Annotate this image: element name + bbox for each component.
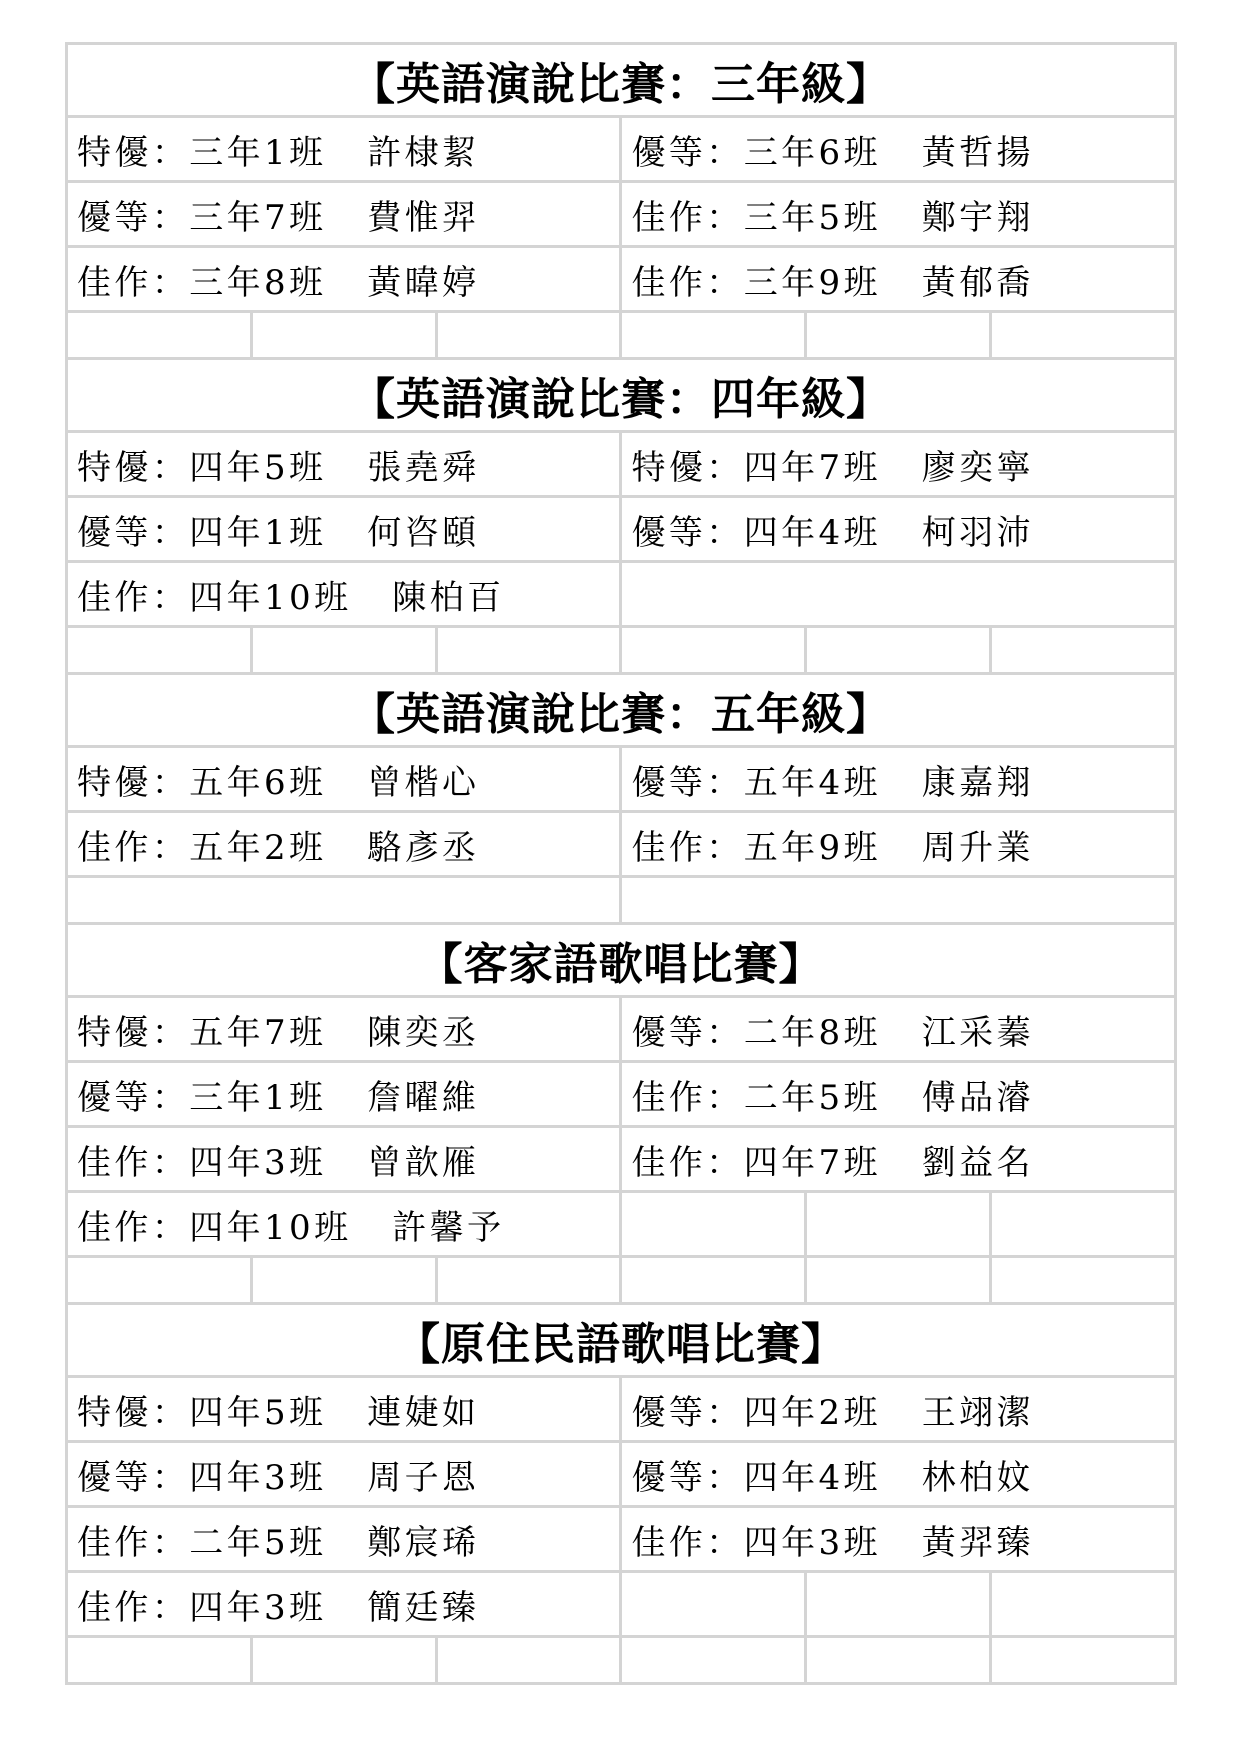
separator-cell: [807, 628, 989, 672]
separator-cell: [438, 1258, 620, 1302]
award-label: 優等: [77, 1450, 152, 1499]
award-label: 佳作: [77, 1135, 152, 1184]
colon: ：: [706, 1005, 743, 1054]
colon: ：: [152, 125, 189, 174]
class-label: 四年5班: [189, 440, 326, 489]
award-label: 佳作: [631, 190, 706, 239]
separator-cell: [622, 313, 804, 357]
class-label: 四年5班: [189, 1385, 326, 1434]
colon: ：: [706, 190, 743, 239]
result-cell: 佳作：三年5班鄭宇翔: [622, 183, 1174, 245]
result-cell: 佳作：三年9班黃郁喬: [622, 248, 1174, 310]
award-label: 佳作: [631, 1515, 706, 1564]
award-label: 特優: [77, 1005, 152, 1054]
result-cell: 特優：五年6班曾楷心: [68, 748, 619, 810]
student-name: 康嘉翔: [922, 755, 1034, 804]
colon: ：: [152, 1450, 189, 1499]
award-label: 佳作: [631, 820, 706, 869]
colon: ：: [706, 440, 743, 489]
student-name: 周升業: [922, 820, 1034, 869]
result-cell: 特優：四年5班張堯舜: [68, 433, 619, 495]
separator-cell: [438, 1638, 620, 1682]
separator-cell: [807, 1258, 989, 1302]
class-label: 五年6班: [189, 755, 326, 804]
separator-cell: [68, 1258, 250, 1302]
colon: ：: [152, 255, 189, 304]
colon: ：: [152, 1515, 189, 1564]
separator-cell: [68, 878, 619, 922]
award-label: 佳作: [631, 1135, 706, 1184]
empty-cell: [807, 1573, 989, 1635]
result-cell: 特優：四年7班廖奕寧: [622, 433, 1174, 495]
result-cell: 佳作：二年5班傅品濬: [622, 1063, 1174, 1125]
separator-cell: [438, 628, 620, 672]
colon: ：: [152, 1005, 189, 1054]
colon: ：: [706, 255, 743, 304]
separator-cell: [253, 1258, 435, 1302]
award-label: 佳作: [77, 570, 152, 619]
separator-cell: [992, 1258, 1174, 1302]
award-label: 佳作: [631, 255, 706, 304]
award-label: 優等: [631, 505, 706, 554]
award-label: 優等: [77, 190, 152, 239]
result-cell: 佳作：三年8班黃暐婷: [68, 248, 619, 310]
separator-cell: [68, 313, 250, 357]
class-label: 四年1班: [189, 505, 326, 554]
separator-cell: [992, 1638, 1174, 1682]
class-label: 三年5班: [744, 190, 881, 239]
award-label: 佳作: [77, 1515, 152, 1564]
colon: ：: [152, 1385, 189, 1434]
student-name: 何咨頤: [367, 505, 479, 554]
result-cell: 佳作：四年3班曾歆雁: [68, 1128, 619, 1190]
awards-table: 【英語演說比賽：三年級】特優：三年1班許棣絜優等：三年6班黃哲揚優等：三年7班費…: [65, 42, 1177, 1685]
student-name: 黃郁喬: [922, 255, 1034, 304]
separator-cell: [253, 628, 435, 672]
class-label: 三年1班: [189, 1070, 326, 1119]
colon: ：: [706, 1070, 743, 1119]
student-name: 黃羿臻: [922, 1515, 1034, 1564]
separator-cell: [992, 313, 1174, 357]
colon: ：: [152, 570, 189, 619]
student-name: 劉益名: [922, 1135, 1034, 1184]
class-label: 四年4班: [744, 1450, 881, 1499]
student-name: 詹曜維: [367, 1070, 479, 1119]
result-cell: 佳作：四年10班許馨予: [68, 1193, 619, 1255]
award-label: 優等: [77, 505, 152, 554]
class-label: 三年6班: [744, 125, 881, 174]
result-cell: 優等：四年2班王翊潔: [622, 1378, 1174, 1440]
result-cell: 優等：三年6班黃哲揚: [622, 118, 1174, 180]
award-label: 優等: [631, 755, 706, 804]
separator-cell: [992, 628, 1174, 672]
class-label: 三年7班: [189, 190, 326, 239]
student-name: 陳柏百: [392, 570, 504, 619]
class-label: 四年4班: [744, 505, 881, 554]
result-cell: 佳作：五年9班周升業: [622, 813, 1174, 875]
colon: ：: [152, 190, 189, 239]
student-name: 陳奕丞: [367, 1005, 479, 1054]
separator-cell: [622, 628, 804, 672]
student-name: 許棣絜: [367, 125, 479, 174]
student-name: 曾楷心: [367, 755, 479, 804]
award-label: 優等: [631, 1450, 706, 1499]
result-cell: 佳作：四年7班劉益名: [622, 1128, 1174, 1190]
student-name: 廖奕寧: [922, 440, 1034, 489]
separator-cell: [68, 628, 250, 672]
empty-cell: [992, 1193, 1174, 1255]
student-name: 黃暐婷: [367, 255, 479, 304]
class-label: 四年3班: [189, 1450, 326, 1499]
result-cell: 佳作：四年3班黃羿臻: [622, 1508, 1174, 1570]
colon: ：: [152, 1200, 189, 1249]
colon: ：: [152, 1580, 189, 1629]
award-label: 優等: [631, 1385, 706, 1434]
class-label: 二年5班: [744, 1070, 881, 1119]
result-cell: 優等：四年3班周子恩: [68, 1443, 619, 1505]
award-label: 佳作: [631, 1070, 706, 1119]
result-cell: 佳作：二年5班鄭宸琋: [68, 1508, 619, 1570]
result-cell: 特優：四年5班連婕如: [68, 1378, 619, 1440]
student-name: 柯羽沛: [922, 505, 1034, 554]
class-label: 三年8班: [189, 255, 326, 304]
class-label: 五年4班: [744, 755, 881, 804]
colon: ：: [152, 1135, 189, 1184]
empty-cell: [992, 1573, 1174, 1635]
result-cell: 特優：五年7班陳奕丞: [68, 998, 619, 1060]
colon: ：: [706, 1135, 743, 1184]
award-label: 特優: [631, 440, 706, 489]
colon: ：: [706, 125, 743, 174]
colon: ：: [706, 1515, 743, 1564]
empty-cell: [622, 1573, 804, 1635]
colon: ：: [152, 505, 189, 554]
class-label: 五年7班: [189, 1005, 326, 1054]
section-title: 【英語演說比賽：三年級】: [68, 45, 1174, 115]
colon: ：: [706, 1385, 743, 1434]
class-label: 四年3班: [189, 1135, 326, 1184]
class-label: 四年3班: [744, 1515, 881, 1564]
class-label: 四年7班: [744, 1135, 881, 1184]
result-cell: 優等：四年4班林柏妏: [622, 1443, 1174, 1505]
result-cell: 優等：五年4班康嘉翔: [622, 748, 1174, 810]
student-name: 王翊潔: [922, 1385, 1034, 1434]
student-name: 傅品濬: [922, 1070, 1034, 1119]
award-label: 優等: [631, 125, 706, 174]
result-cell: 佳作：五年2班駱彥丞: [68, 813, 619, 875]
award-label: 優等: [77, 1070, 152, 1119]
colon: ：: [706, 755, 743, 804]
class-label: 四年7班: [744, 440, 881, 489]
separator-cell: [68, 1638, 250, 1682]
empty-cell: [622, 1193, 804, 1255]
colon: ：: [152, 820, 189, 869]
section-title: 【客家語歌唱比賽】: [68, 925, 1174, 995]
class-label: 四年10班: [189, 1200, 351, 1249]
student-name: 曾歆雁: [367, 1135, 479, 1184]
award-label: 特優: [77, 440, 152, 489]
section-title: 【原住民語歌唱比賽】: [68, 1305, 1174, 1375]
colon: ：: [152, 1070, 189, 1119]
award-label: 佳作: [77, 255, 152, 304]
class-label: 五年2班: [189, 820, 326, 869]
separator-cell: [622, 878, 1174, 922]
class-label: 三年1班: [189, 125, 326, 174]
separator-cell: [253, 313, 435, 357]
colon: ：: [706, 1450, 743, 1499]
separator-cell: [253, 1638, 435, 1682]
award-label: 特優: [77, 755, 152, 804]
result-cell: 佳作：四年10班陳柏百: [68, 563, 619, 625]
class-label: 四年10班: [189, 570, 351, 619]
colon: ：: [706, 505, 743, 554]
separator-cell: [622, 1258, 804, 1302]
section-title: 【英語演說比賽：四年級】: [68, 360, 1174, 430]
result-cell: 優等：四年4班柯羽沛: [622, 498, 1174, 560]
student-name: 黃哲揚: [922, 125, 1034, 174]
award-label: 特優: [77, 1385, 152, 1434]
separator-cell: [622, 1638, 804, 1682]
section-title: 【英語演說比賽：五年級】: [68, 675, 1174, 745]
student-name: 鄭宸琋: [367, 1515, 479, 1564]
award-label: 佳作: [77, 1580, 152, 1629]
result-cell: 優等：四年1班何咨頤: [68, 498, 619, 560]
student-name: 駱彥丞: [367, 820, 479, 869]
class-label: 五年9班: [744, 820, 881, 869]
student-name: 林柏妏: [922, 1450, 1034, 1499]
result-cell: 佳作：四年3班簡廷臻: [68, 1573, 619, 1635]
separator-cell: [807, 313, 989, 357]
student-name: 費惟羿: [367, 190, 479, 239]
class-label: 三年9班: [744, 255, 881, 304]
empty-cell: [807, 1193, 989, 1255]
award-label: 佳作: [77, 820, 152, 869]
colon: ：: [152, 440, 189, 489]
class-label: 四年3班: [189, 1580, 326, 1629]
class-label: 四年2班: [744, 1385, 881, 1434]
result-cell: 特優：三年1班許棣絜: [68, 118, 619, 180]
student-name: 江采蓁: [922, 1005, 1034, 1054]
result-cell: 優等：三年7班費惟羿: [68, 183, 619, 245]
class-label: 二年5班: [189, 1515, 326, 1564]
student-name: 周子恩: [367, 1450, 479, 1499]
separator-cell: [438, 313, 620, 357]
award-label: 佳作: [77, 1200, 152, 1249]
empty-cell: [622, 563, 1174, 625]
student-name: 連婕如: [367, 1385, 479, 1434]
result-cell: 優等：三年1班詹曜維: [68, 1063, 619, 1125]
result-cell: 優等：二年8班江采蓁: [622, 998, 1174, 1060]
award-label: 優等: [631, 1005, 706, 1054]
class-label: 二年8班: [744, 1005, 881, 1054]
student-name: 張堯舜: [367, 440, 479, 489]
colon: ：: [706, 820, 743, 869]
separator-cell: [807, 1638, 989, 1682]
student-name: 簡廷臻: [367, 1580, 479, 1629]
colon: ：: [152, 755, 189, 804]
student-name: 鄭宇翔: [922, 190, 1034, 239]
award-label: 特優: [77, 125, 152, 174]
student-name: 許馨予: [392, 1200, 504, 1249]
